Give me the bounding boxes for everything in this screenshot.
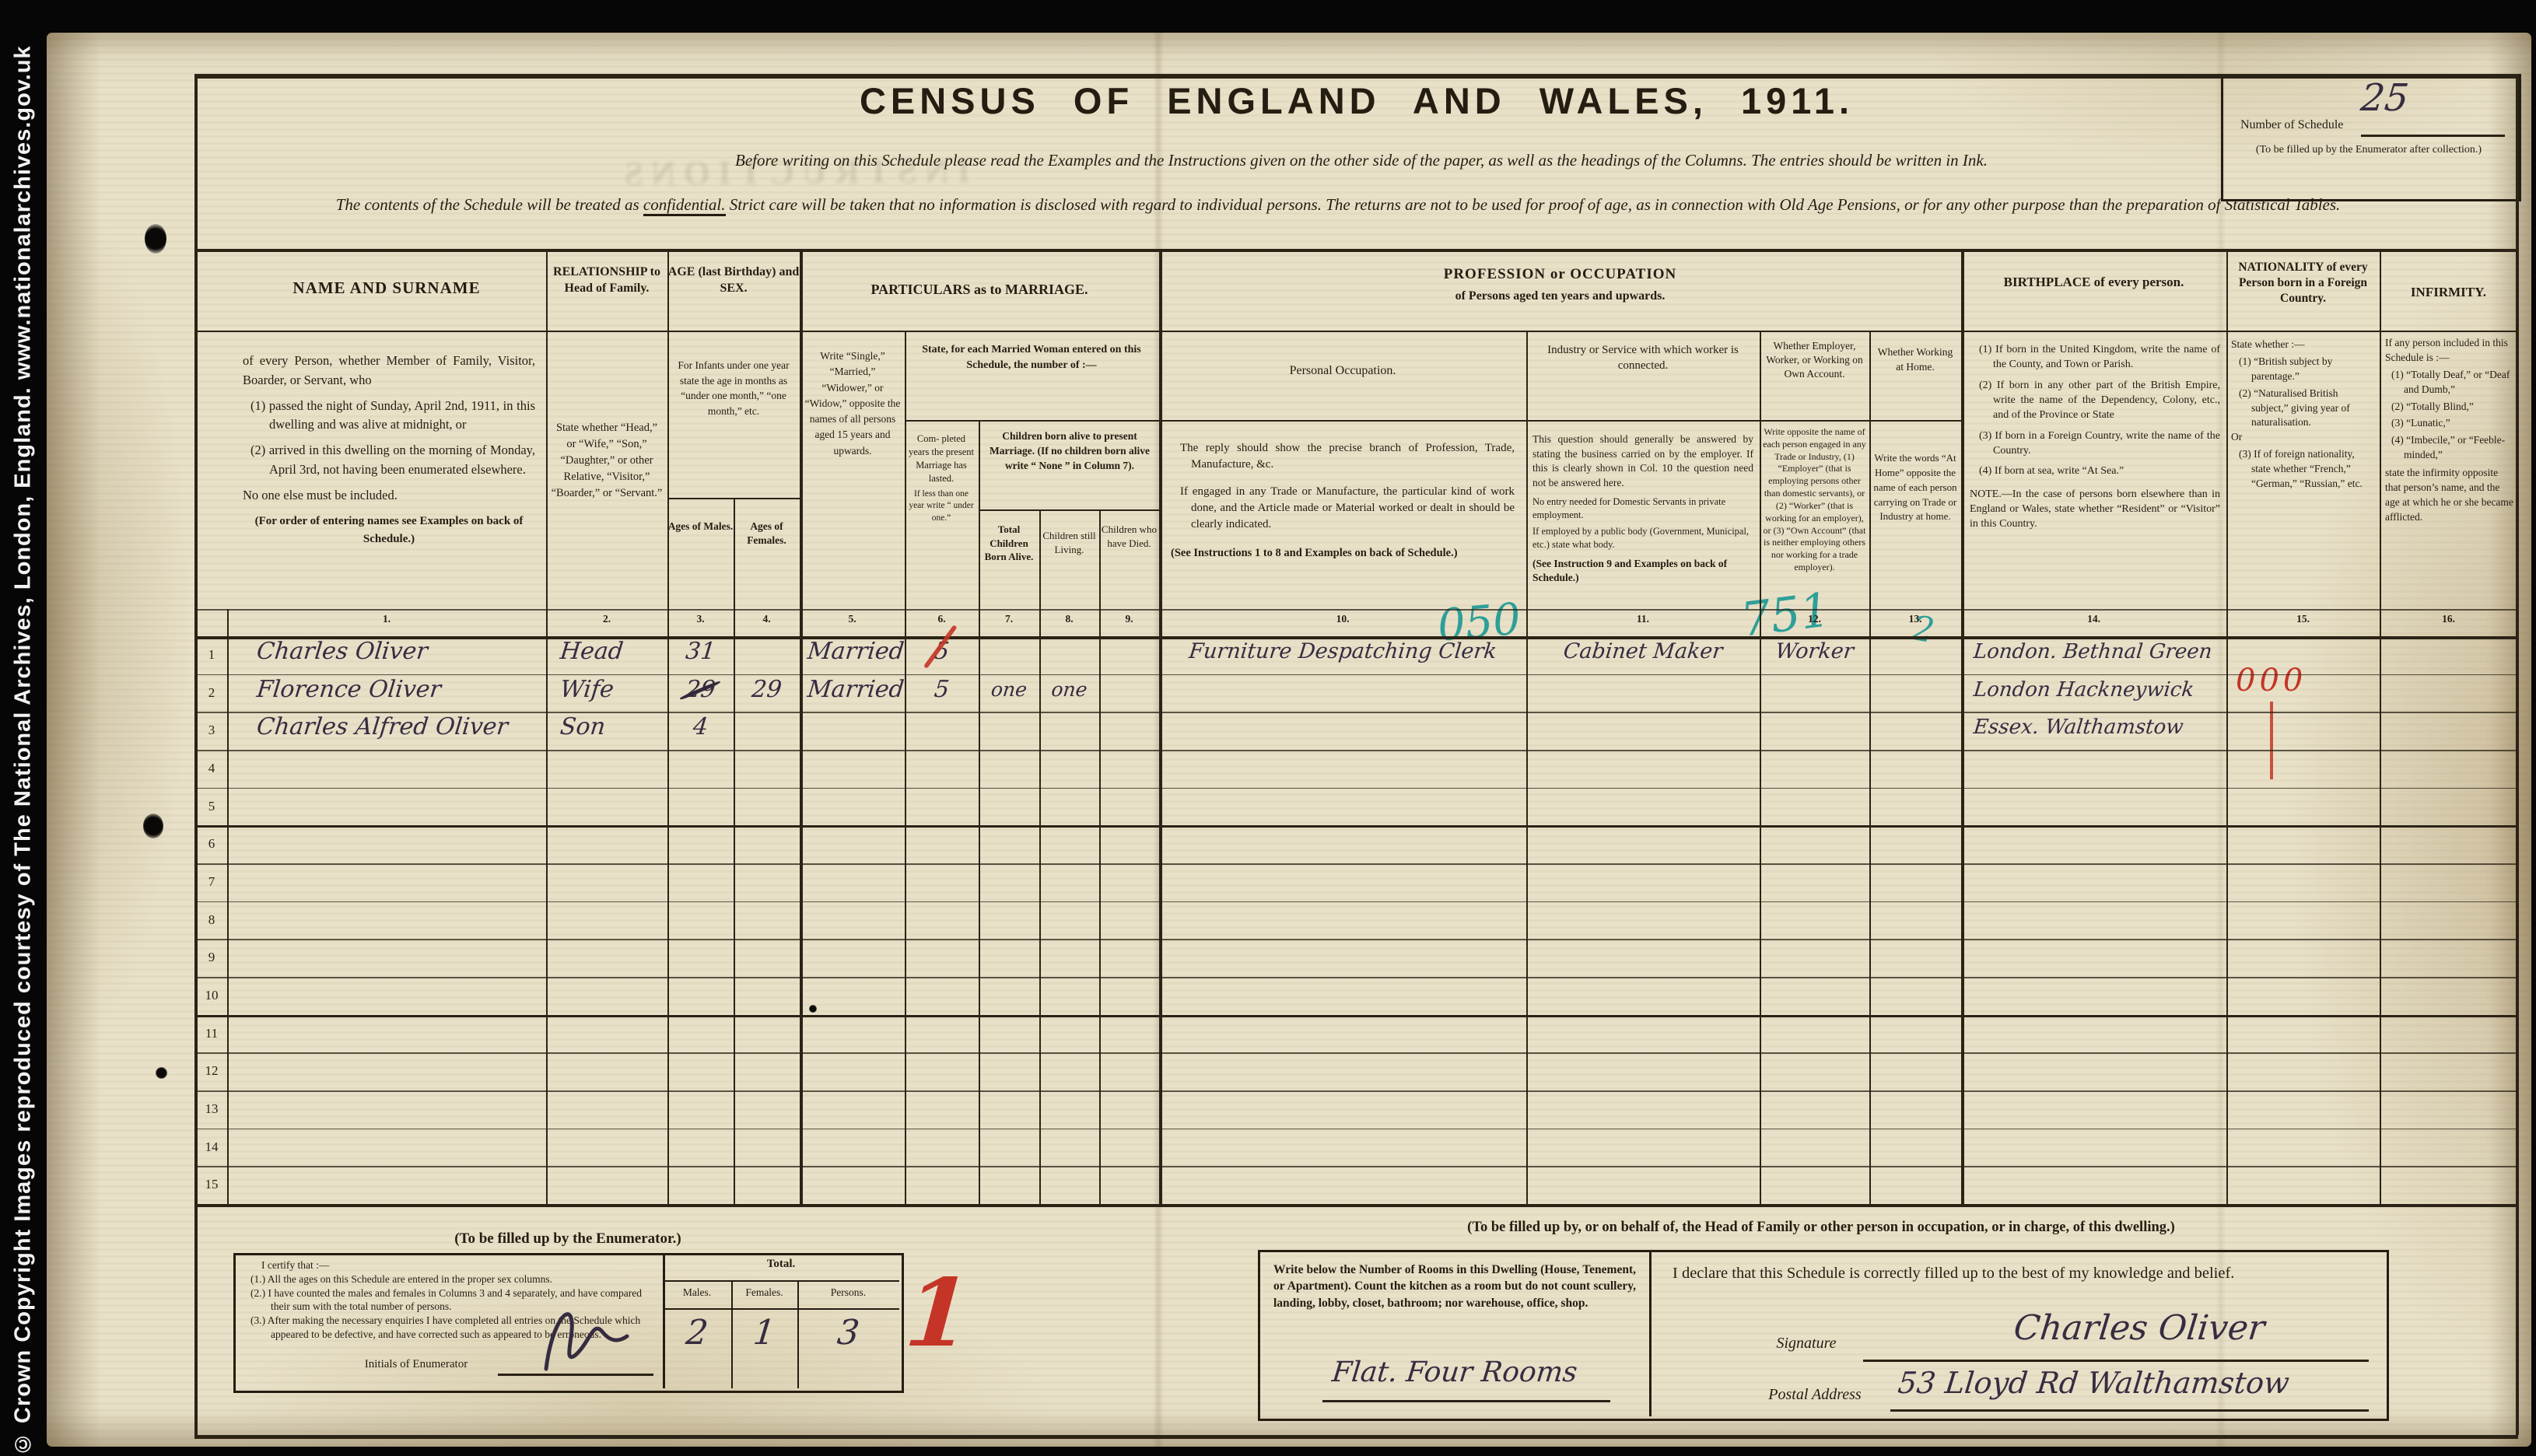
column-number: 13. [1869, 613, 1961, 625]
column-number: 2. [546, 613, 667, 625]
copyright-credit: © Crown Copyright Images reproduced cour… [2, 0, 45, 1456]
grid-line [2380, 249, 2381, 1204]
nat-item2: (2) “Naturalised British subject,” givin… [2231, 387, 2376, 431]
nat-intro: State whether :— [2231, 338, 2376, 352]
males-value: 2 [660, 1313, 733, 1353]
entry-c14-row-3: Essex. Walthamstow [1959, 709, 2240, 747]
grid-line [194, 331, 2518, 332]
row-number: 3 [196, 712, 227, 750]
column-number: 11. [1526, 613, 1760, 625]
grid-line [196, 939, 2516, 940]
grid-line [1159, 249, 1162, 1204]
grid-line [979, 420, 980, 1204]
males-label: Males. [663, 1286, 731, 1299]
grid-line [194, 1204, 2518, 1207]
form-title: CENSUS OF ENGLAND AND WALES, 1911. [194, 79, 2519, 122]
col-birthplace-title: BIRTHPLACE of every person. [1961, 274, 2226, 292]
column-number: 8. [1039, 613, 1099, 625]
industry-body: This question should generally be answer… [1532, 432, 1753, 586]
entry-c6-row-2: 5 [902, 671, 980, 709]
total-label: Total. [663, 1258, 899, 1271]
schedule-number-sub: (To be filled up by the Enumerator after… [2229, 143, 2509, 157]
entry-c2-row-1: Head [544, 633, 683, 671]
signature-line [1863, 1360, 2369, 1362]
annotation-tally-mark: 1 [902, 1258, 974, 1368]
name-noone: No one else must be included. [243, 486, 535, 506]
name-order-note: (For order of entering names see Example… [243, 513, 535, 548]
entry-c1-row-1: Charles Oliver [225, 633, 577, 671]
instruction-note-1: Before writing on this Schedule please r… [280, 151, 2443, 170]
born-alive-label: Total Children Born Alive. [979, 523, 1039, 564]
row-number: 9 [196, 939, 227, 977]
column-number: 10. [1159, 613, 1526, 625]
column-number: 5. [800, 613, 905, 625]
entry-c8-row-2: one [1037, 671, 1101, 709]
grid-line [1760, 331, 1761, 1204]
rooms-value: Flat. Four Rooms [1282, 1356, 1627, 1388]
inf-post: state the infirmity opposite that person… [2385, 466, 2514, 525]
grid-line [663, 1308, 899, 1310]
rooms-note: Write below the Number of Rooms in this … [1273, 1262, 1636, 1311]
row-number: 12 [196, 1052, 227, 1090]
punch-hole [156, 1067, 167, 1079]
row-number: 13 [196, 1090, 227, 1129]
row-number: 14 [196, 1129, 227, 1167]
completed-years-a: Com- pleted years the present Marriage h… [907, 432, 976, 485]
nationality-body: State whether :— (1) “British subject by… [2231, 338, 2376, 492]
grid-line [194, 249, 2518, 252]
ink-speck [809, 1005, 817, 1013]
marriage-single-note: Write “Single,” “Married,” “Widower,” or… [804, 348, 902, 459]
still-living-label: Children still Living. [1039, 529, 1099, 556]
inf-item3: (3) “Lunatic,” [2385, 416, 2514, 431]
census-schedule-page: © Crown Copyright Images reproduced cour… [0, 0, 2536, 1456]
children-note: Children born alive to present Marriage.… [982, 429, 1158, 474]
entry-c5-row-2: Married [797, 671, 914, 709]
row-number: 2 [196, 674, 227, 712]
col-name-title: NAME AND SURNAME [227, 278, 546, 298]
industry-p3: If employed by a public body (Government… [1532, 525, 1753, 552]
personal-occupation-head: Personal Occupation. [1167, 364, 1518, 378]
industry-p1: This question should generally be answer… [1532, 432, 1753, 491]
entry-c3-row-1: 31 [665, 633, 735, 671]
postal-line [1890, 1409, 2369, 1412]
name-intro: of every Person, whether Member of Famil… [243, 352, 535, 390]
col-relationship-title: RELATIONSHIP to Head of Family. [546, 264, 667, 297]
instruction-note-2: The contents of the Schedule will be tre… [233, 190, 2443, 220]
punch-hole [145, 224, 166, 254]
signature-label: Signature [1752, 1335, 1861, 1353]
punch-hole [143, 814, 163, 838]
grid-line [905, 420, 1961, 422]
females-label: Females. [731, 1286, 797, 1299]
col-name-body: of every Person, whether Member of Famil… [243, 352, 535, 548]
col-nationality-title: NATIONALITY of every Person born in a Fo… [2226, 260, 2380, 306]
personal-p3: (See Instructions 1 to 8 and Examples on… [1171, 545, 1515, 561]
grid-line [196, 901, 2516, 903]
age-infants-note: For Infants under one year state the age… [671, 358, 797, 418]
grid-line [196, 750, 2516, 751]
entry-c5-row-1: Married [797, 633, 914, 671]
employer-body: Write opposite the name of each person e… [1763, 426, 1866, 574]
note2-pre: The contents of the Schedule will be tre… [336, 195, 643, 214]
personal-p1: The reply should show the precise branch… [1171, 440, 1515, 473]
column-number: 1. [227, 613, 546, 625]
bp-item4: (4) If born at sea, write “At Sea.” [1970, 464, 2220, 478]
signature-value: Charles Oliver [1919, 1308, 2359, 1348]
bp-item1: (1) If born in the United Kingdom, write… [1970, 342, 2220, 373]
column-number: 16. [2380, 613, 2517, 625]
row-number: 6 [196, 825, 227, 863]
entry-c3-row-3: 4 [665, 709, 735, 747]
column-number: 15. [2226, 613, 2380, 625]
employer-head: Whether Employer, Worker, or Working on … [1763, 339, 1866, 382]
entry-c2-row-3: Son [544, 709, 683, 747]
initials-label: Initials of Enumerator [335, 1358, 498, 1371]
grid-line [196, 1166, 2516, 1167]
row-number: 8 [196, 901, 227, 940]
col-age-title: AGE (last Birthday) and SEX. [667, 264, 800, 297]
infirmity-body: If any person included in this Schedule … [2385, 336, 2514, 525]
age-females-label: Ages of Females. [734, 520, 800, 548]
entry-c3-row-2: 29 [665, 671, 735, 709]
entry-c10-row-1: Furniture Despatching Clerk [1157, 633, 1528, 671]
postal-value: 53 Lloyd Rd Walthamstow [1897, 1366, 2367, 1400]
col-relationship-body: State whether “Head,” or “Wife,” “Son,” … [551, 420, 663, 502]
personal-occupation-body: The reply should show the precise branch… [1171, 440, 1515, 561]
row-number: 5 [196, 788, 227, 826]
note2-confidential: confidential. [643, 195, 726, 216]
row-number: 10 [196, 977, 227, 1015]
entry-c1-row-3: Charles Alfred Oliver [225, 709, 577, 747]
col-profession-subtitle: of Persons aged ten years and upwards. [1159, 289, 1961, 303]
row-number: 7 [196, 863, 227, 901]
note2-post: Strict care will be taken that no inform… [726, 195, 2341, 214]
entry-c12-row-1: Worker [1757, 633, 1871, 671]
grid-line [196, 1090, 2516, 1092]
inf-item4: (4) “Imbecile,” or “Feeble-minded,” [2385, 433, 2514, 463]
column-number: 9. [1099, 613, 1159, 625]
declaration-text: I declare that this Schedule is correctl… [1673, 1265, 2373, 1283]
entry-c11-row-1: Cabinet Maker [1524, 633, 1761, 671]
married-woman-note: State, for each Married Woman entered on… [910, 342, 1153, 373]
home-body: Write the words “At Home” opposite the n… [1873, 451, 1957, 524]
annotation-red-line [2270, 702, 2273, 779]
completed-years: Com- pleted years the present Marriage h… [907, 432, 976, 524]
have-died-label: Children who have Died. [1099, 523, 1159, 550]
grid-line [1649, 1250, 1652, 1416]
bp-item3: (3) If born in a Foreign Country, write … [1970, 429, 2220, 459]
entry-c14-row-2: London Hackneywick [1959, 671, 2240, 709]
name-item2: (2) arrived in this dwelling on the morn… [243, 441, 535, 480]
row-number: 11 [196, 1015, 227, 1053]
grid-line [196, 1052, 2516, 1054]
certify-intro: I certify that :— [247, 1258, 655, 1272]
inf-item1: (1) “Totally Deaf,” or “Deaf and Dumb,” [2385, 368, 2514, 397]
bp-item2: (2) If born in any other part of the Bri… [1970, 378, 2220, 423]
nat-item3: (3) If of foreign nationality, state whe… [2231, 447, 2376, 492]
females-value: 1 [729, 1313, 799, 1353]
grid-line [196, 977, 2516, 978]
row-number: 15 [196, 1166, 227, 1204]
nat-or: Or [2231, 430, 2376, 445]
schedule-number-value: 25 [2359, 76, 2411, 120]
col-profession-title: PROFESSION or OCCUPATION [1159, 266, 1961, 283]
grid-line [196, 1015, 2516, 1017]
entry-c6-row-1: 5 [902, 633, 980, 671]
column-number: 14. [1961, 613, 2226, 625]
grid-line [1526, 331, 1528, 1204]
grid-line [800, 249, 803, 1204]
enumerator-initials-signature [535, 1297, 636, 1383]
schedule-number-line [2361, 135, 2505, 137]
certify-1: (1.) All the ages on this Schedule are e… [247, 1272, 655, 1286]
head-heading: (To be filled up by, or on behalf of, th… [1258, 1220, 2384, 1236]
grid-line [196, 1129, 2516, 1130]
grid-line [2516, 74, 2519, 1435]
column-number: 12. [1760, 613, 1869, 625]
home-head: Whether Working at Home. [1873, 345, 1957, 375]
row-number: 4 [196, 750, 227, 788]
grid-line [979, 509, 1159, 511]
industry-p4: (See Instruction 9 and Examples on back … [1532, 557, 1753, 586]
persons-value: 3 [795, 1313, 901, 1353]
column-number: 3. [667, 613, 734, 625]
paper-crease [1153, 33, 1164, 1447]
grid-line [667, 498, 800, 499]
entry-c1-row-2: Florence Oliver [225, 671, 577, 709]
grid-line [194, 74, 2518, 79]
entry-c14-row-1: London. Bethnal Green [1959, 633, 2240, 671]
industry-head: Industry or Service with which worker is… [1531, 342, 1755, 374]
grid-line [1869, 331, 1871, 1204]
grid-line [194, 1435, 2518, 1439]
age-males-label: Ages of Males. [667, 520, 734, 534]
column-number: 7. [979, 613, 1039, 625]
column-number: 6. [905, 613, 979, 625]
grid-line [196, 863, 2516, 865]
grid-line [194, 609, 2518, 611]
grid-line [905, 331, 906, 1204]
completed-years-b: If less than one year write “ under one.… [907, 488, 976, 525]
col-marriage-title: PARTICULARS as to MARRIAGE. [800, 282, 1159, 298]
inf-intro: If any person included in this Schedule … [2385, 336, 2514, 366]
bp-note: NOTE.—In the case of persons born elsewh… [1970, 487, 2220, 532]
birthplace-body: (1) If born in the United Kingdom, write… [1970, 342, 2220, 531]
persons-label: Persons. [797, 1286, 899, 1299]
name-item1: (1) passed the night of Sunday, April 2n… [243, 397, 535, 436]
grid-line [196, 825, 2516, 828]
nat-item1: (1) “British subject by parentage.” [2231, 355, 2376, 384]
rooms-underline [1322, 1400, 1610, 1402]
enumerator-heading: (To be filled up by the Enumerator.) [233, 1230, 902, 1248]
industry-p2: No entry needed for Domestic Servants in… [1532, 495, 1753, 523]
grid-line [196, 788, 2516, 789]
inf-item2: (2) “Totally Blind,” [2385, 400, 2514, 415]
entry-c7-row-2: one [976, 671, 1041, 709]
column-number: 4. [734, 613, 800, 625]
personal-p2: If engaged in any Trade or Manufacture, … [1171, 484, 1515, 533]
grid-line [663, 1280, 899, 1282]
col-infirmity-title: INFIRMITY. [2380, 285, 2517, 300]
entry-c4-row-2: 29 [731, 671, 801, 709]
grid-line [734, 498, 735, 1204]
row-number: 1 [196, 636, 227, 674]
schedule-number-label: Number of Schedule [2240, 118, 2412, 132]
entry-c2-row-2: Wife [544, 671, 683, 709]
postal-label: Postal Address [1741, 1386, 1889, 1404]
annotation-nationality-mark: 000 [2236, 663, 2307, 698]
